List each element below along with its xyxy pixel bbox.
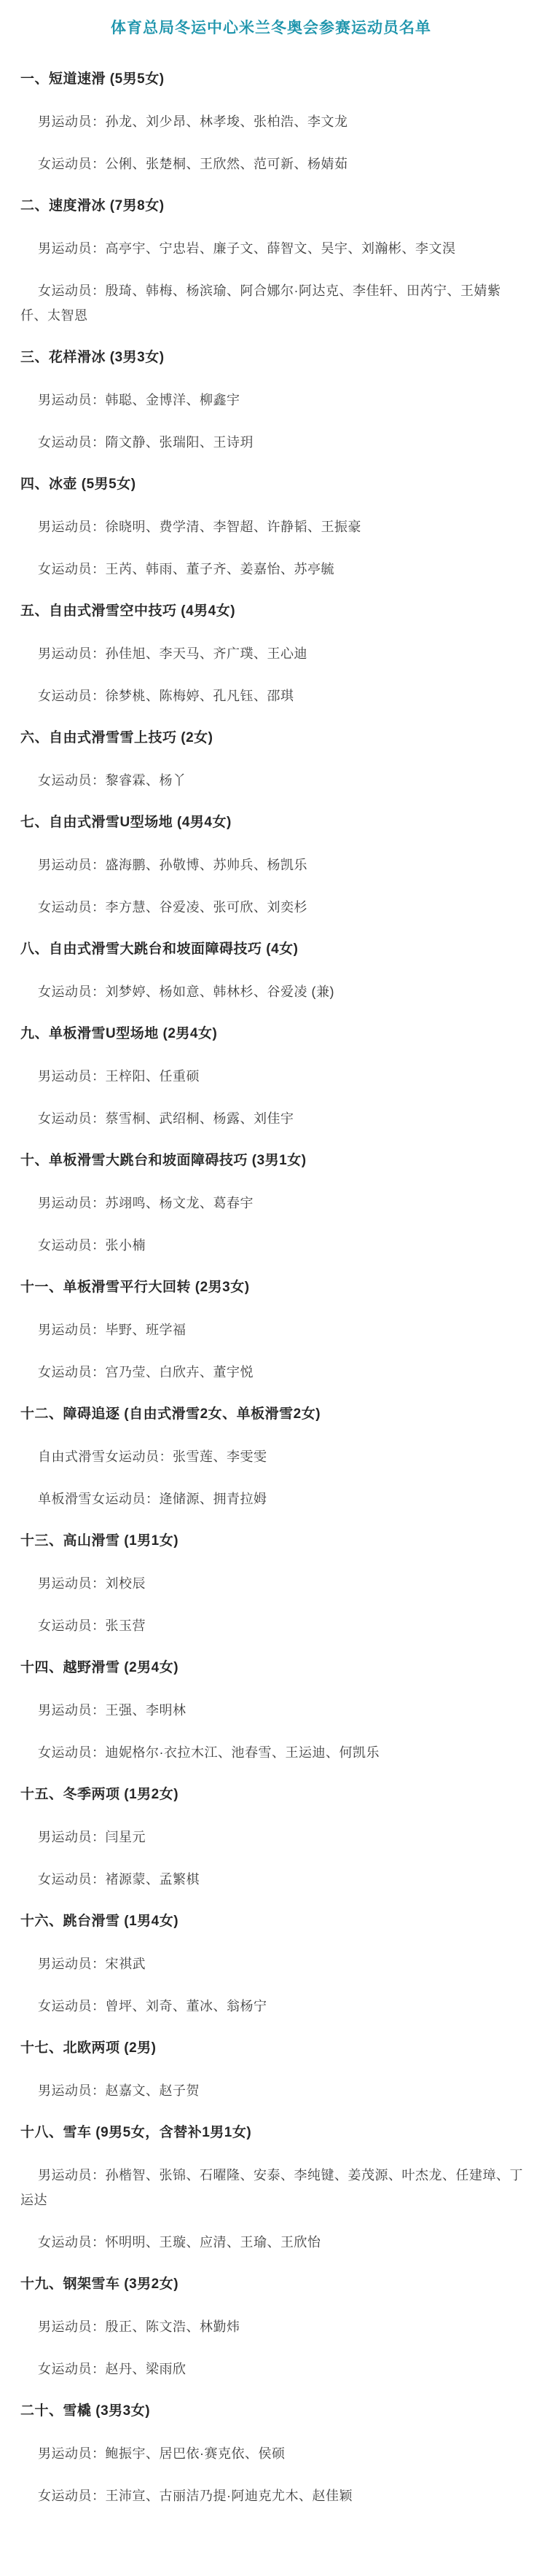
athlete-names: 孙佳旭、李天马、齐广璞、王心迪 bbox=[106, 646, 308, 661]
sport-section: 十六、跳台滑雪 (1男4女) 男运动员：宋祺武女运动员：曾坪、刘奇、董冰、翁杨宁 bbox=[0, 1909, 542, 2019]
athlete-line: 女运动员：公俐、张楚桐、王欣然、范可新、杨婧茹 bbox=[20, 152, 523, 176]
athlete-line: 女运动员：殷琦、韩梅、杨滨瑜、阿合娜尔·阿达克、李佳轩、田芮宁、王婧紫仟、太智恩 bbox=[20, 278, 523, 328]
athlete-line: 女运动员：王沛宣、古丽洁乃提·阿迪克尤木、赵佳颖 bbox=[20, 2483, 523, 2508]
athlete-line: 男运动员：王强、李明林 bbox=[20, 1698, 523, 1723]
athlete-names: 公俐、张楚桐、王欣然、范可新、杨婧茹 bbox=[106, 157, 348, 171]
sport-section: 十一、单板滑雪平行大回转 (2男3女) 男运动员：毕野、班学福女运动员：宫乃莹、… bbox=[0, 1275, 542, 1385]
section-heading: 八、自由式滑雪大跳台和坡面障碍技巧 (4女) bbox=[20, 937, 522, 962]
athlete-line: 男运动员：殷正、陈文浩、林勤炜 bbox=[20, 2314, 523, 2339]
athlete-names: 迪妮格尔·衣拉木江、池春雪、王运迪、何凯乐 bbox=[106, 1745, 380, 1760]
athlete-line: 女运动员：怀明明、王璇、应清、王瑜、王欣怡 bbox=[20, 2230, 523, 2255]
athlete-line-label: 男运动员： bbox=[38, 1830, 106, 1844]
athlete-line: 男运动员：宋祺武 bbox=[20, 1951, 523, 1976]
section-heading: 十二、障碍追逐 (自由式滑雪2女、单板滑雪2女) bbox=[20, 1402, 522, 1427]
athlete-line: 男运动员：毕野、班学福 bbox=[20, 1318, 523, 1342]
athlete-line: 男运动员：苏翊鸣、杨文龙、葛春宇 bbox=[20, 1191, 523, 1215]
athlete-line: 女运动员：赵丹、梁雨欣 bbox=[20, 2357, 523, 2381]
sport-section: 十三、高山滑雪 (1男1女) 男运动员：刘校辰女运动员：张玉营 bbox=[0, 1529, 542, 1638]
athlete-names: 孙龙、刘少昂、林孝埈、张柏浩、李文龙 bbox=[106, 114, 348, 129]
athlete-line: 女运动员：宫乃莹、白欣卉、董宇悦 bbox=[20, 1360, 523, 1385]
athlete-names: 闫星元 bbox=[106, 1830, 146, 1844]
athlete-names: 蔡雪桐、武绍桐、杨露、刘佳宇 bbox=[106, 1111, 294, 1126]
athlete-line-label: 女运动员： bbox=[38, 1745, 106, 1760]
athlete-line: 女运动员：褚源蒙、孟繁棋 bbox=[20, 1867, 523, 1892]
sport-section: 四、冰壶 (5男5女) 男运动员：徐晓明、费学清、李智超、许静韬、王振豪女运动员… bbox=[0, 472, 542, 582]
sport-section: 七、自由式滑雪U型场地 (4男4女) 男运动员：盛海鹏、孙敬博、苏帅兵、杨凯乐女… bbox=[0, 810, 542, 920]
athlete-line: 女运动员：迪妮格尔·衣拉木江、池春雪、王运迪、何凯乐 bbox=[20, 1740, 523, 1765]
athlete-line: 女运动员：张小楠 bbox=[20, 1233, 523, 1258]
athlete-line-label: 男运动员： bbox=[38, 1196, 106, 1210]
section-heading: 五、自由式滑雪空中技巧 (4男4女) bbox=[20, 599, 522, 624]
athlete-line: 男运动员：赵嘉文、赵子贺 bbox=[20, 2078, 523, 2103]
athlete-line-label: 自由式滑雪女运动员： bbox=[38, 1449, 173, 1464]
athlete-names: 褚源蒙、孟繁棋 bbox=[106, 1872, 200, 1887]
athlete-line-label: 男运动员： bbox=[38, 1576, 106, 1591]
page-title: 体育总局冬运中心米兰冬奥会参赛运动员名单 bbox=[20, 17, 522, 39]
athlete-line: 男运动员：高亭宇、宁忠岩、廉子文、薛智文、吴宇、刘瀚彬、李文淏 bbox=[20, 236, 523, 261]
section-heading: 九、单板滑雪U型场地 (2男4女) bbox=[20, 1022, 522, 1046]
athlete-line-label: 男运动员： bbox=[38, 393, 106, 407]
athlete-names: 曾坪、刘奇、董冰、翁杨宁 bbox=[106, 1999, 267, 2013]
athlete-line-label: 女运动员： bbox=[38, 2235, 106, 2250]
athlete-names: 王沛宣、古丽洁乃提·阿迪克尤木、赵佳颖 bbox=[106, 2489, 353, 2503]
athlete-line: 男运动员：闫星元 bbox=[20, 1825, 523, 1849]
athlete-line: 男运动员：王梓阳、任重硕 bbox=[20, 1064, 523, 1089]
athlete-line: 男运动员：盛海鹏、孙敬博、苏帅兵、杨凯乐 bbox=[20, 853, 523, 877]
athlete-line: 男运动员：孙佳旭、李天马、齐广璞、王心迪 bbox=[20, 641, 523, 666]
athlete-names: 张小楠 bbox=[106, 1238, 146, 1253]
section-heading: 十三、高山滑雪 (1男1女) bbox=[20, 1529, 522, 1554]
athlete-line: 女运动员：张玉营 bbox=[20, 1613, 523, 1638]
athlete-names: 王芮、韩雨、董子齐、姜嘉怡、苏亭毓 bbox=[106, 562, 335, 576]
sport-section: 十、单板滑雪大跳台和坡面障碍技巧 (3男1女) 男运动员：苏翊鸣、杨文龙、葛春宇… bbox=[0, 1148, 542, 1258]
athlete-line-label: 女运动员： bbox=[38, 157, 106, 171]
athlete-names: 王梓阳、任重硕 bbox=[106, 1069, 200, 1084]
sport-section: 六、自由式滑雪雪上技巧 (2女) 女运动员：黎睿霖、杨丫 bbox=[0, 726, 542, 793]
athlete-line: 自由式滑雪女运动员：张雪莲、李雯雯 bbox=[20, 1444, 523, 1469]
athlete-line-label: 单板滑雪女运动员： bbox=[38, 1492, 160, 1506]
athlete-line-label: 男运动员： bbox=[38, 2168, 106, 2182]
athlete-line: 女运动员：曾坪、刘奇、董冰、翁杨宁 bbox=[20, 1994, 523, 2019]
athlete-line-label: 男运动员： bbox=[38, 114, 106, 129]
athlete-line: 男运动员：鲍振宇、居巴依·赛克依、侯硕 bbox=[20, 2441, 523, 2466]
section-heading: 十七、北欧两项 (2男) bbox=[20, 2036, 522, 2061]
athlete-list: 一、短道速滑 (5男5女) 男运动员：孙龙、刘少昂、林孝埈、张柏浩、李文龙女运动… bbox=[0, 67, 542, 2508]
athlete-line: 男运动员：刘校辰 bbox=[20, 1571, 523, 1596]
athlete-names: 毕野、班学福 bbox=[106, 1323, 186, 1337]
athlete-line: 男运动员：韩聪、金博洋、柳鑫宇 bbox=[20, 388, 523, 412]
athlete-line-label: 男运动员： bbox=[38, 241, 106, 256]
athlete-line-label: 女运动员： bbox=[38, 1365, 106, 1379]
athlete-line-label: 女运动员： bbox=[38, 435, 106, 450]
athlete-names: 韩聪、金博洋、柳鑫宇 bbox=[106, 393, 240, 407]
athlete-names: 徐晓明、费学清、李智超、许静韬、王振豪 bbox=[106, 520, 362, 534]
sport-section: 十二、障碍追逐 (自由式滑雪2女、单板滑雪2女) 自由式滑雪女运动员：张雪莲、李… bbox=[0, 1402, 542, 1511]
athlete-line: 女运动员：隋文静、张瑞阳、王诗玥 bbox=[20, 430, 523, 455]
sport-section: 三、花样滑冰 (3男3女) 男运动员：韩聪、金博洋、柳鑫宇女运动员：隋文静、张瑞… bbox=[0, 345, 542, 455]
athlete-line: 女运动员：黎睿霖、杨丫 bbox=[20, 768, 523, 793]
section-heading: 十、单板滑雪大跳台和坡面障碍技巧 (3男1女) bbox=[20, 1148, 522, 1173]
athlete-line-label: 男运动员： bbox=[38, 2083, 106, 2098]
athlete-names: 刘梦婷、杨如意、韩林杉、谷爱凌 (兼) bbox=[106, 984, 335, 999]
section-heading: 十九、钢架雪车 (3男2女) bbox=[20, 2272, 522, 2297]
section-heading: 二、速度滑冰 (7男8女) bbox=[20, 194, 522, 219]
athlete-names: 盛海鹏、孙敬博、苏帅兵、杨凯乐 bbox=[106, 858, 308, 872]
athlete-line-label: 女运动员： bbox=[38, 773, 106, 788]
athlete-line: 女运动员：徐梦桃、陈梅婷、孔凡钰、邵琪 bbox=[20, 684, 523, 708]
athlete-names: 宋祺武 bbox=[106, 1957, 146, 1971]
sport-section: 十四、越野滑雪 (2男4女) 男运动员：王强、李明林女运动员：迪妮格尔·衣拉木江… bbox=[0, 1656, 542, 1765]
athlete-line: 男运动员：孙龙、刘少昂、林孝埈、张柏浩、李文龙 bbox=[20, 109, 523, 134]
athlete-names: 王强、李明林 bbox=[106, 1703, 186, 1718]
sport-section: 二、速度滑冰 (7男8女) 男运动员：高亭宇、宁忠岩、廉子文、薛智文、吴宇、刘瀚… bbox=[0, 194, 542, 328]
athlete-names: 苏翊鸣、杨文龙、葛春宇 bbox=[106, 1196, 254, 1210]
sport-section: 十九、钢架雪车 (3男2女) 男运动员：殷正、陈文浩、林勤炜女运动员：赵丹、梁雨… bbox=[0, 2272, 542, 2381]
athlete-line-label: 女运动员： bbox=[38, 283, 106, 298]
athlete-line-label: 男运动员： bbox=[38, 520, 106, 534]
section-heading: 七、自由式滑雪U型场地 (4男4女) bbox=[20, 810, 522, 835]
athlete-line: 女运动员：王芮、韩雨、董子齐、姜嘉怡、苏亭毓 bbox=[20, 557, 523, 582]
athlete-line-label: 女运动员： bbox=[38, 1999, 106, 2013]
section-heading: 十六、跳台滑雪 (1男4女) bbox=[20, 1909, 522, 1934]
sport-section: 二十、雪橇 (3男3女) 男运动员：鲍振宇、居巴依·赛克依、侯硕女运动员：王沛宣… bbox=[0, 2399, 542, 2508]
athlete-line-label: 女运动员： bbox=[38, 2489, 106, 2503]
athlete-names: 黎睿霖、杨丫 bbox=[106, 773, 186, 788]
athlete-names: 张玉营 bbox=[106, 1618, 146, 1633]
athlete-line-label: 女运动员： bbox=[38, 900, 106, 915]
athlete-line-label: 男运动员： bbox=[38, 2446, 106, 2461]
athlete-line-label: 女运动员： bbox=[38, 1872, 106, 1887]
sport-section: 一、短道速滑 (5男5女) 男运动员：孙龙、刘少昂、林孝埈、张柏浩、李文龙女运动… bbox=[0, 67, 542, 176]
sport-section: 九、单板滑雪U型场地 (2男4女) 男运动员：王梓阳、任重硕女运动员：蔡雪桐、武… bbox=[0, 1022, 542, 1131]
athlete-line: 女运动员：李方慧、谷爱凌、张可欣、刘奕杉 bbox=[20, 895, 523, 920]
athlete-names: 刘校辰 bbox=[106, 1576, 146, 1591]
athlete-names: 徐梦桃、陈梅婷、孔凡钰、邵琪 bbox=[106, 689, 294, 703]
athlete-line-label: 女运动员： bbox=[38, 689, 106, 703]
sport-section: 十五、冬季两项 (1男2女) 男运动员：闫星元女运动员：褚源蒙、孟繁棋 bbox=[0, 1782, 542, 1892]
athlete-line-label: 男运动员： bbox=[38, 1957, 106, 1971]
section-heading: 四、冰壶 (5男5女) bbox=[20, 472, 522, 497]
athlete-line: 女运动员：蔡雪桐、武绍桐、杨露、刘佳宇 bbox=[20, 1106, 523, 1131]
athlete-names: 赵嘉文、赵子贺 bbox=[106, 2083, 200, 2098]
athlete-names: 宫乃莹、白欣卉、董宇悦 bbox=[106, 1365, 254, 1379]
section-heading: 一、短道速滑 (5男5女) bbox=[20, 67, 522, 92]
athlete-line: 男运动员：徐晓明、费学清、李智超、许静韬、王振豪 bbox=[20, 514, 523, 539]
athlete-line-label: 女运动员： bbox=[38, 1111, 106, 1126]
athlete-line: 单板滑雪女运动员：逄储源、拥青拉姆 bbox=[20, 1487, 523, 1511]
section-heading: 十五、冬季两项 (1男2女) bbox=[20, 1782, 522, 1807]
athlete-line-label: 男运动员： bbox=[38, 1703, 106, 1718]
athlete-line-label: 女运动员： bbox=[38, 1238, 106, 1253]
sport-section: 八、自由式滑雪大跳台和坡面障碍技巧 (4女) 女运动员：刘梦婷、杨如意、韩林杉、… bbox=[0, 937, 542, 1004]
athlete-names: 殷正、陈文浩、林勤炜 bbox=[106, 2319, 240, 2334]
athlete-line-label: 男运动员： bbox=[38, 2319, 106, 2334]
section-heading: 二十、雪橇 (3男3女) bbox=[20, 2399, 522, 2424]
athlete-line-label: 男运动员： bbox=[38, 1323, 106, 1337]
document: 体育总局冬运中心米兰冬奥会参赛运动员名单 一、短道速滑 (5男5女) 男运动员：… bbox=[0, 0, 542, 2548]
section-heading: 十四、越野滑雪 (2男4女) bbox=[20, 1656, 522, 1680]
athlete-names: 高亭宇、宁忠岩、廉子文、薛智文、吴宇、刘瀚彬、李文淏 bbox=[106, 241, 456, 256]
athlete-names: 李方慧、谷爱凌、张可欣、刘奕杉 bbox=[106, 900, 308, 915]
athlete-line: 女运动员：刘梦婷、杨如意、韩林杉、谷爱凌 (兼) bbox=[20, 979, 523, 1004]
section-heading: 十一、单板滑雪平行大回转 (2男3女) bbox=[20, 1275, 522, 1300]
athlete-line-label: 男运动员： bbox=[38, 646, 106, 661]
athlete-names: 张雪莲、李雯雯 bbox=[173, 1449, 267, 1464]
athlete-names: 鲍振宇、居巴依·赛克依、侯硕 bbox=[106, 2446, 286, 2461]
athlete-names: 赵丹、梁雨欣 bbox=[106, 2362, 186, 2376]
section-heading: 三、花样滑冰 (3男3女) bbox=[20, 345, 522, 370]
athlete-line-label: 女运动员： bbox=[38, 984, 106, 999]
athlete-line-label: 女运动员： bbox=[38, 2362, 106, 2376]
section-heading: 六、自由式滑雪雪上技巧 (2女) bbox=[20, 726, 522, 751]
athlete-names: 隋文静、张瑞阳、王诗玥 bbox=[106, 435, 254, 450]
athlete-line-label: 女运动员： bbox=[38, 562, 106, 576]
sport-section: 五、自由式滑雪空中技巧 (4男4女) 男运动员：孙佳旭、李天马、齐广璞、王心迪女… bbox=[0, 599, 542, 708]
athlete-names: 逄储源、拥青拉姆 bbox=[160, 1492, 267, 1506]
section-heading: 十八、雪车 (9男5女，含替补1男1女) bbox=[20, 2121, 522, 2145]
athlete-names: 怀明明、王璇、应清、王瑜、王欣怡 bbox=[106, 2235, 321, 2250]
sport-section: 十七、北欧两项 (2男) 男运动员：赵嘉文、赵子贺 bbox=[0, 2036, 542, 2103]
athlete-line-label: 男运动员： bbox=[38, 858, 106, 872]
athlete-line: 男运动员：孙楷智、张锦、石曜隆、安泰、李纯键、姜茂源、叶杰龙、任建璋、丁运达 bbox=[20, 2163, 523, 2212]
athlete-line-label: 男运动员： bbox=[38, 1069, 106, 1084]
sport-section: 十八、雪车 (9男5女，含替补1男1女) 男运动员：孙楷智、张锦、石曜隆、安泰、… bbox=[0, 2121, 542, 2255]
athlete-line-label: 女运动员： bbox=[38, 1618, 106, 1633]
